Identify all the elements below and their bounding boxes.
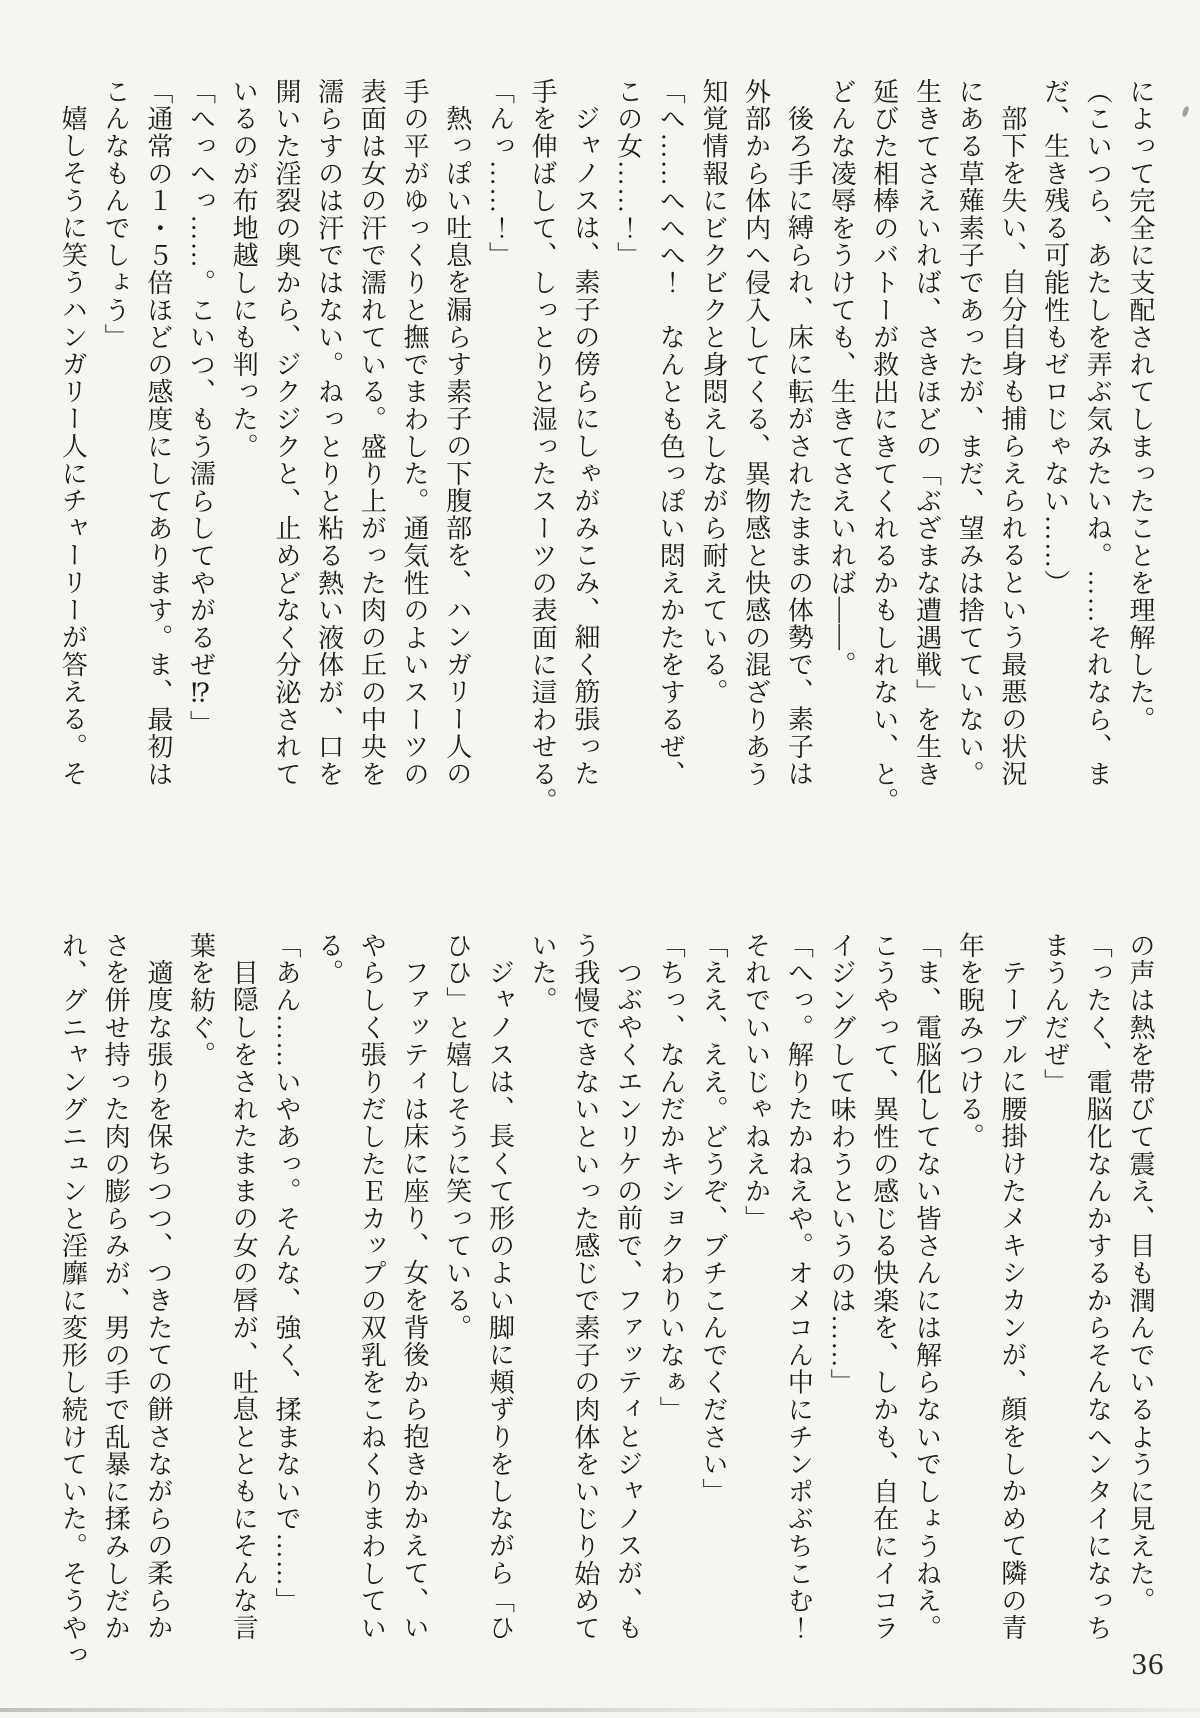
text-column-top-20: 濡らすのは汗ではない。ねっとりと粘る熱い液体が、口を: [307, 78, 350, 790]
text-column-top-4: 部下を失い、自分自身も捕らえられるという最悪の状況: [990, 78, 1033, 790]
text-column-bottom-25: さを併せ持った肉の膨らみが、男の手で乱暴に揉みしだか: [93, 932, 136, 1644]
text-column-top-15: 手を伸ばして、しっとりと湿ったスーツの表面に這わせる。: [520, 78, 563, 790]
text-column-bottom-6: 「ま、電脳化してない皆さんには解らないでしょうねえ。: [905, 932, 948, 1644]
text-column-bottom-15: いた。: [520, 932, 563, 1644]
text-column-top-9: 後ろ手に縛られ、床に転がされたままの体勢で、素子は: [777, 78, 820, 790]
text-block-top: によって完全に支配されてしまったことを理解した。（こいつら、あたしを弄ぶ気みたい…: [51, 78, 1161, 790]
text-column-bottom-8: イジングして味わうというのは……」: [819, 932, 862, 1644]
text-column-top-22: いるのが布地越しにも判った。: [222, 78, 265, 790]
text-column-bottom-26: れ、グニャングニュンと淫靡に変形し続けていた。そうやっ: [51, 932, 94, 1644]
text-column-top-23: 「へっへっ……。こいつ、もう濡らしてやがるぜ⁉」: [179, 78, 222, 790]
text-column-bottom-5: 年を睨みつける。: [947, 932, 990, 1644]
text-column-top-12: 「へ……へへへ！ なんとも色っぽい悶えかたをするぜ、: [649, 78, 692, 790]
scanned-page: によって完全に支配されてしまったことを理解した。（こいつら、あたしを弄ぶ気みたい…: [0, 0, 1200, 1718]
text-column-top-10: 外部から体内へ侵入してくる、異物感と快感の混ざりあう: [734, 78, 777, 790]
text-column-top-16: 「んっ……！」: [478, 78, 521, 790]
text-column-bottom-17: ひひ」と嬉しそうに笑っている。: [435, 932, 478, 1644]
text-column-top-24: 「通常の１・５倍ほどの感度にしてあります。ま、最初は: [136, 78, 179, 790]
text-column-bottom-11: 「ええ、ええ。どうぞ、ブチこんでください」: [691, 932, 734, 1644]
text-column-bottom-9: 「へっ。解りたかねえや。オメコん中にチンポぶちこむ！: [777, 932, 820, 1644]
text-column-top-21: 開いた淫裂の奥から、ジクジクと、止めどなく分泌されて: [264, 78, 307, 790]
text-column-bottom-13: つぶやくエンリケの前で、ファッティとジャノスが、も: [606, 932, 649, 1644]
text-column-top-1: によって完全に支配されてしまったことを理解した。: [1118, 78, 1161, 790]
text-column-top-17: 熱っぽい吐息を漏らす素子の下腹部を、ハンガリー人の: [435, 78, 478, 790]
text-column-bottom-21: 「あん……いやあっ。そんな、強く、揉まないで……」: [264, 932, 307, 1644]
text-column-bottom-22: 目隠しをされたままの女の唇が、吐息とともにそんな言: [222, 932, 265, 1644]
text-column-top-6: 生きてさえいれば、さきほどの「ぶざまな遭遇戦」を生き: [905, 78, 948, 790]
text-column-top-8: どんな凌辱をうけても、生きてさえいれば――。: [819, 78, 862, 790]
text-column-bottom-12: 「ちっ、なんだかキショクわりいなぁ」: [649, 932, 692, 1644]
text-column-top-2: （こいつら、あたしを弄ぶ気みたいね。……それなら、ま: [1076, 78, 1119, 790]
text-block-bottom: の声は熱を帯びて震え、目も潤んでいるように見えた。「ったく、電脳化なんかするから…: [51, 932, 1161, 1644]
text-column-bottom-14: う我慢できないといった感じで素子の肉体をいじり始めて: [563, 932, 606, 1644]
text-column-bottom-4: テーブルに腰掛けたメキシカンが、顔をしかめて隣の青: [990, 932, 1033, 1644]
text-column-bottom-19: やらしく張りだしたＥカップの双乳をこねくりまわしてい: [350, 932, 393, 1644]
text-column-bottom-1: の声は熱を帯びて震え、目も潤んでいるように見えた。: [1118, 932, 1161, 1644]
text-column-bottom-23: 葉を紡ぐ。: [179, 932, 222, 1644]
text-column-bottom-3: まうんだぜ」: [1033, 932, 1076, 1644]
text-column-bottom-24: 適度な張りを保ちつつ、つきたての餅さながらの柔らか: [136, 932, 179, 1644]
text-column-top-3: だ、生き残る可能性もゼロじゃない……）: [1033, 78, 1076, 790]
text-column-top-26: 嬉しそうに笑うハンガリー人にチャーリーが答える。そ: [51, 78, 94, 790]
text-column-bottom-7: こうやって、異性の感じる快楽を、しかも、自在にイコラ: [862, 932, 905, 1644]
text-column-bottom-10: それでいいじゃねえか」: [734, 932, 777, 1644]
text-column-top-25: こんなもんでしょう」: [93, 78, 136, 790]
text-column-top-18: 手の平がゆっくりと撫でまわした。通気性のよいスーツの: [392, 78, 435, 790]
text-column-top-11: 知覚情報にビクビクと身悶えしながら耐えている。: [691, 78, 734, 790]
text-column-top-7: 延びた相棒のバトーが救出にきてくれるかもしれない、と。: [862, 78, 905, 790]
text-column-top-13: この女……！」: [606, 78, 649, 790]
text-column-bottom-18: ファッティは床に座り、女を背後から抱きかかえて、い: [392, 932, 435, 1644]
text-column-top-5: にある草薙素子であったが、まだ、望みは捨てていない。: [947, 78, 990, 790]
text-column-top-14: ジャノスは、素子の傍らにしゃがみこみ、細く筋張った: [563, 78, 606, 790]
text-column-bottom-16: ジャノスは、長くて形のよい脚に頬ずりをしながら「ひ: [478, 932, 521, 1644]
text-column-top-19: 表面は女の汗で濡れている。盛り上がった肉の丘の中央を: [350, 78, 393, 790]
page-number: 36: [1126, 1646, 1170, 1682]
scan-speck: [1181, 105, 1189, 117]
scan-edge-artifact: [0, 1708, 1200, 1712]
text-column-bottom-20: る。: [307, 932, 350, 1644]
text-column-bottom-2: 「ったく、電脳化なんかするからそんなヘンタイになっち: [1076, 932, 1119, 1644]
